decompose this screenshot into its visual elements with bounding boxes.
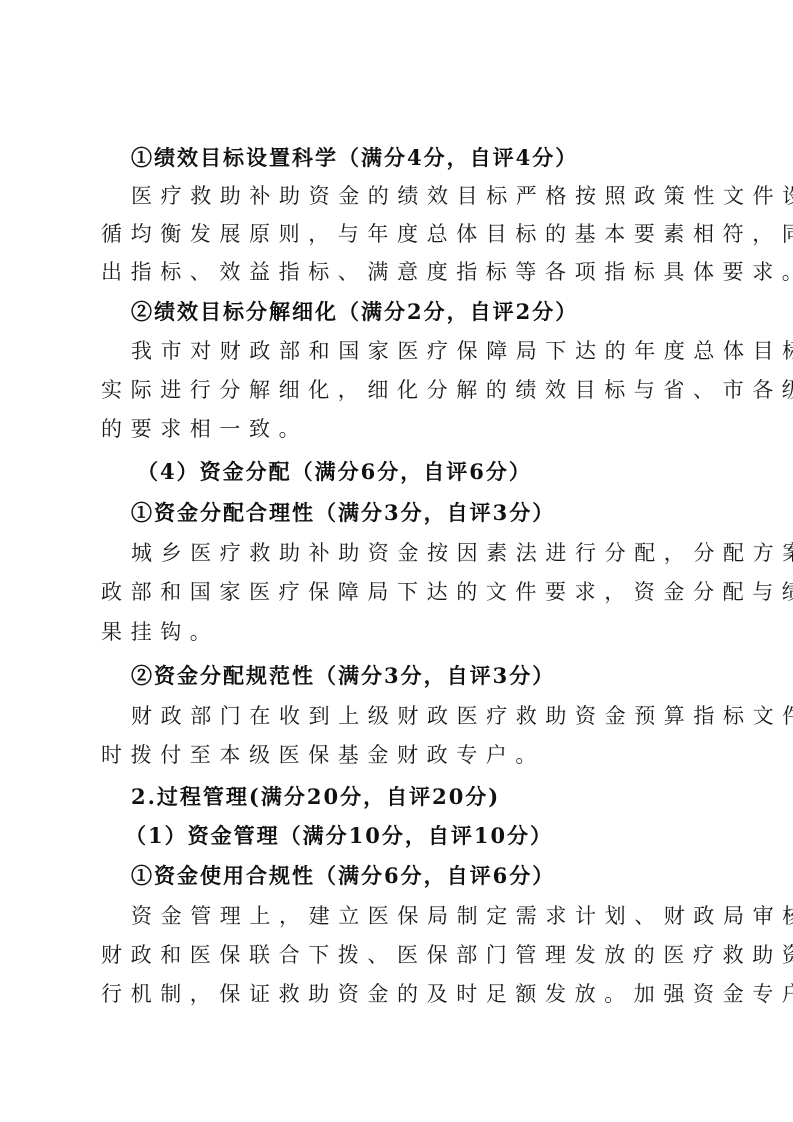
paragraph-line: 城乡医疗救助补助资金按因素法进行分配，分配方案符合财: [131, 538, 741, 568]
paragraph-line: 政部和国家医疗保障局下达的文件要求，资金分配与绩效评价结: [101, 577, 711, 607]
heading-process-management: 2.过程管理(满分20分，自评20分): [131, 782, 741, 812]
heading-allocation-standard: ②资金分配规范性（满分3分，自评3分）: [131, 661, 741, 691]
paragraph-line: 出指标、效益指标、满意度指标等各项指标具体要求。: [101, 257, 711, 287]
paragraph-line: 财政和医保联合下拨、医保部门管理发放的医疗救助资金管理运: [101, 940, 711, 970]
heading-fund-use-compliance: ①资金使用合规性（满分6分，自评6分）: [131, 861, 741, 891]
paragraph-line: 实际进行分解细化，细化分解的绩效目标与省、市各级领导部门: [101, 375, 711, 405]
heading-fund-management: （1）资金管理（满分10分，自评10分）: [125, 821, 735, 851]
paragraph-line: 财政部门在收到上级财政医疗救助资金预算指标文件后，及: [131, 701, 741, 731]
heading-goal-setting: ①绩效目标设置科学（满分4分，自评4分）: [131, 143, 741, 173]
paragraph-line: 资金管理上，建立医保局制定需求计划、财政局审核筹措、: [131, 901, 741, 931]
paragraph-line: 时拨付至本级医保基金财政专户。: [101, 740, 711, 770]
paragraph-line: 医疗救助补助资金的绩效目标严格按照政策性文件设置，遵: [131, 181, 741, 211]
paragraph-line: 果挂钩。: [101, 617, 711, 647]
paragraph-line: 循均衡发展原则，与年度总体目标的基本要素相符，同时明确产: [101, 219, 711, 249]
heading-allocation-rationality: ①资金分配合理性（满分3分，自评3分）: [131, 498, 741, 528]
paragraph-line: 我市对财政部和国家医疗保障局下达的年度总体目标结合: [131, 336, 741, 366]
document-page: ①绩效目标设置科学（满分4分，自评4分） 医疗救助补助资金的绩效目标严格按照政策…: [0, 0, 793, 1122]
heading-fund-allocation: （4）资金分配（满分6分，自评6分）: [137, 457, 747, 487]
heading-goal-breakdown: ②绩效目标分解细化（满分2分，自评2分）: [131, 297, 741, 327]
paragraph-line: 行机制，保证救助资金的及时足额发放。加强资金专户、专账管: [101, 979, 711, 1009]
paragraph-line: 的要求相一致。: [101, 414, 711, 444]
